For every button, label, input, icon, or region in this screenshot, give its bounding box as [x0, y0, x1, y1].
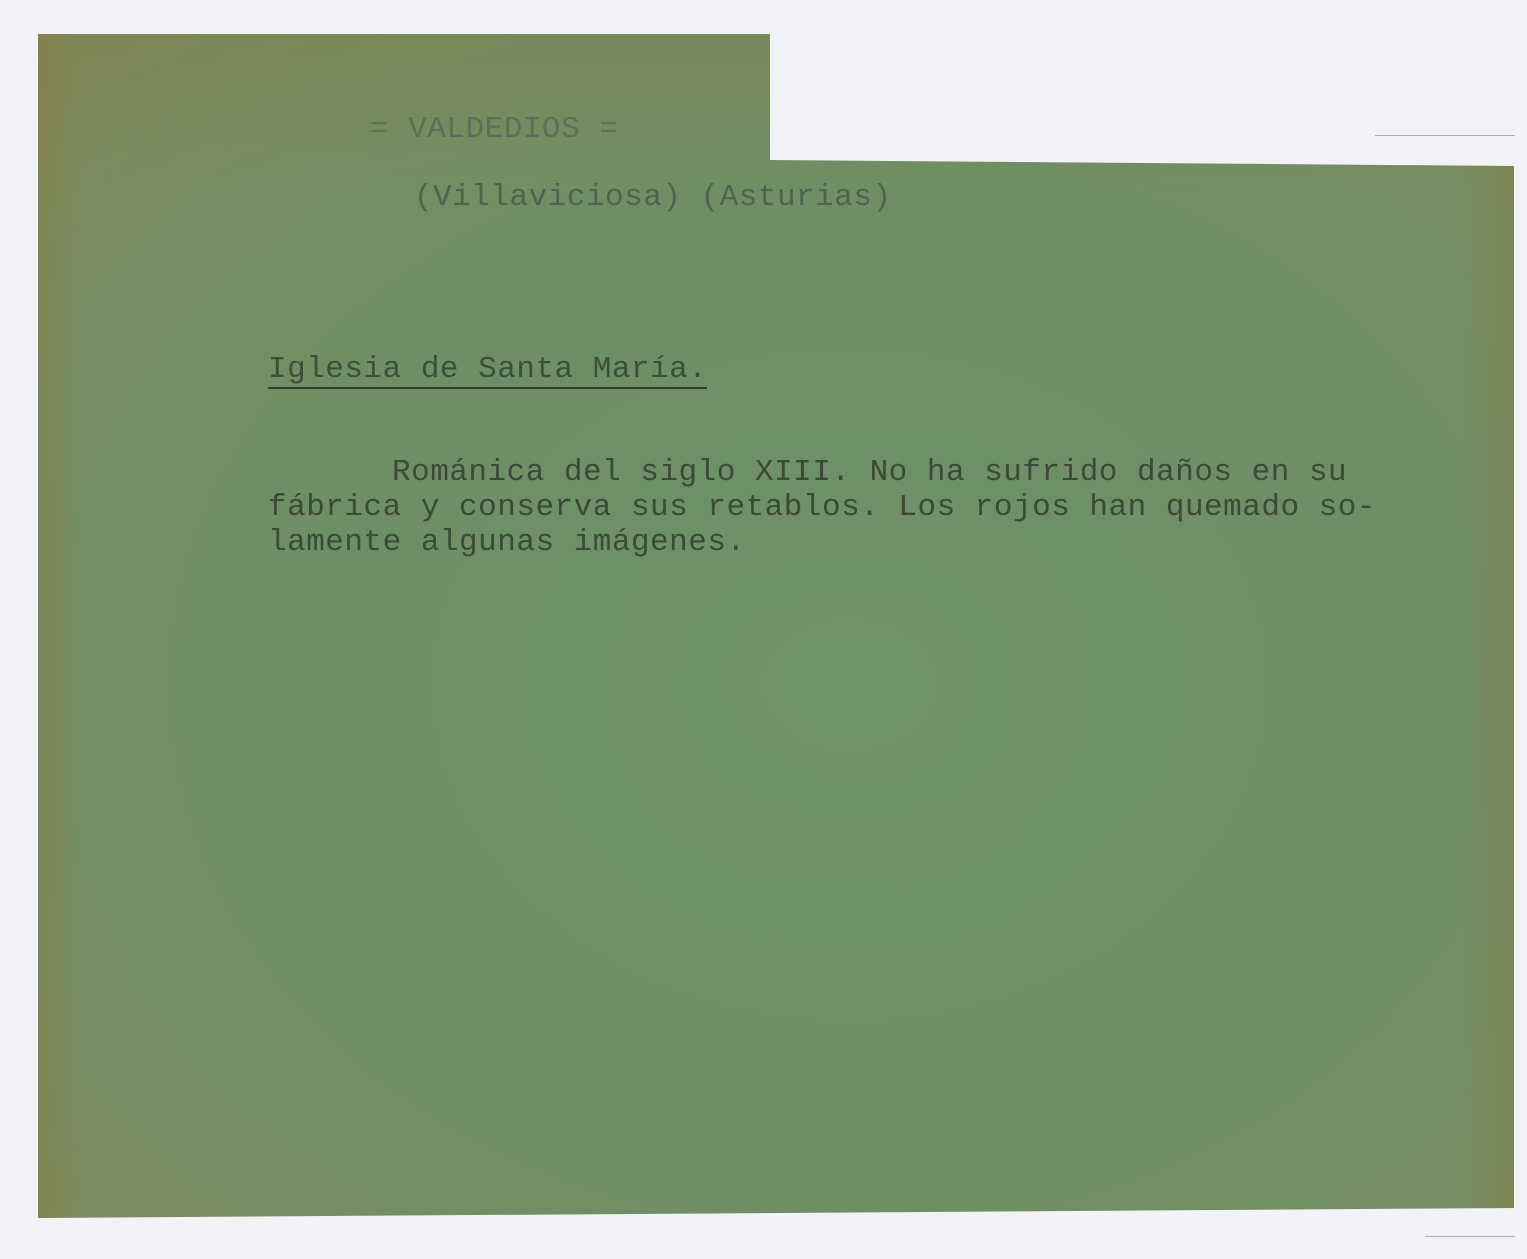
scan-edge-mark — [1425, 1236, 1515, 1237]
body-line-2: fábrica y conserva sus retablos. Los roj… — [268, 490, 1376, 525]
scan-edge-mark — [1375, 135, 1515, 136]
section-heading: Iglesia de Santa María. — [268, 352, 707, 389]
body-line-1: Románica del siglo XIII. No ha sufrido d… — [392, 455, 1347, 490]
body-line-3: lamente algunas imágenes. — [268, 525, 746, 560]
card-title: = VALDEDIOS = — [370, 112, 618, 147]
card-location: (Villaviciosa) (Asturias) — [414, 180, 892, 215]
